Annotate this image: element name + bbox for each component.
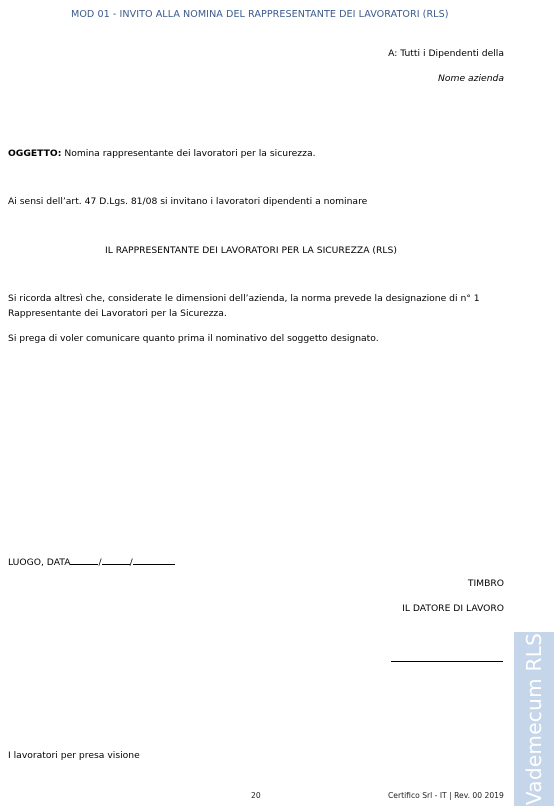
subject-text: Nomina rappresentante dei lavoratori per… — [61, 148, 315, 159]
year-blank — [133, 555, 175, 565]
reminder-line-2: Rappresentante dei Lavoratori per la Sic… — [8, 308, 227, 319]
document-header-title: MOD 01 - INVITO ALLA NOMINA DEL RAPPRESE… — [71, 9, 449, 20]
employer-label: IL DATORE DI LAVORO — [402, 603, 504, 614]
place-date-field: LUOGO, DATA// — [8, 555, 175, 568]
centered-title: IL RAPPRESENTANTE DEI LAVORATORI PER LA … — [105, 245, 397, 256]
stamp-label: TIMBRO — [468, 578, 504, 589]
side-tab: Vademecum RLS — [514, 632, 554, 806]
company-name-placeholder: Nome azienda — [438, 73, 504, 84]
place-date-label: LUOGO, DATA — [8, 557, 70, 568]
side-tab-label: Vademecum RLS — [522, 633, 546, 805]
month-blank — [102, 555, 130, 565]
workers-acknowledgement: I lavoratori per presa visione — [8, 750, 140, 761]
intro-paragraph: Ai sensi dell’art. 47 D.Lgs. 81/08 si in… — [8, 196, 367, 207]
reminder-line-1: Si ricorda altresì che, considerate le d… — [8, 293, 480, 304]
footer-credit: Certifico Srl - IT | Rev. 00 2019 — [388, 791, 504, 800]
request-paragraph: Si prega di voler comunicare quanto prim… — [8, 333, 379, 344]
subject-line: OGGETTO: Nomina rappresentante dei lavor… — [8, 148, 316, 159]
page-number: 20 — [251, 791, 261, 800]
employer-signature-line — [391, 661, 503, 662]
recipient-line: A: Tutti i Dipendenti della — [388, 48, 504, 59]
subject-label: OGGETTO: — [8, 148, 61, 159]
day-blank — [70, 555, 98, 565]
